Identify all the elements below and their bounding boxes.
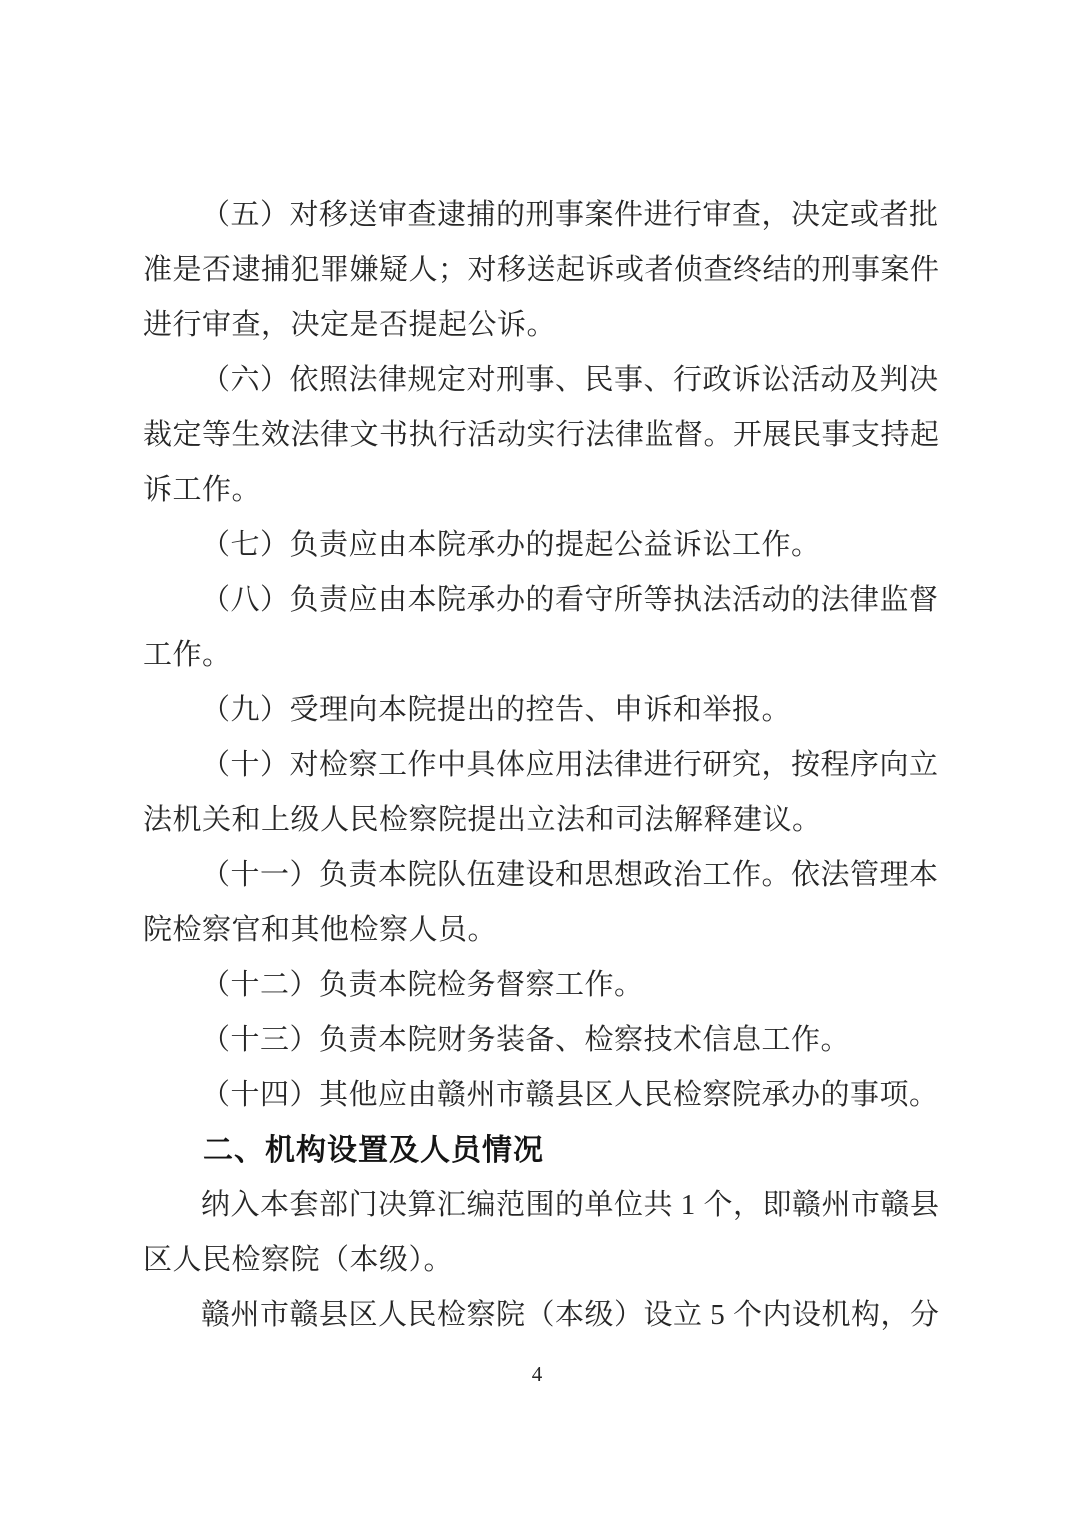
- text-line: （十三）负责本院财务装备、检察技术信息工作。: [143, 1013, 930, 1068]
- paragraph: （十三）负责本院财务装备、检察技术信息工作。: [143, 1013, 930, 1068]
- text-line: （十四）其他应由赣州市赣县区人民检察院承办的事项。: [143, 1068, 930, 1123]
- paragraph: （七）负责应由本院承办的提起公益诉讼工作。: [143, 518, 930, 573]
- text-line: （九）受理向本院提出的控告、申诉和举报。: [143, 683, 930, 738]
- paragraph: 赣州市赣县区人民检察院（本级）设立 5 个内设机构，分: [143, 1288, 930, 1343]
- text-line: 裁定等生效法律文书执行活动实行法律监督。开展民事支持起: [143, 408, 930, 463]
- text-line: 诉工作。: [143, 463, 930, 518]
- text-line: 纳入本套部门决算汇编范围的单位共 1 个，即赣州市赣县: [143, 1178, 930, 1233]
- section-heading: 二、机构设置及人员情况: [143, 1123, 930, 1178]
- paragraph: （五）对移送审查逮捕的刑事案件进行审查，决定或者批准是否逮捕犯罪嫌疑人；对移送起…: [143, 188, 930, 353]
- text-line: 进行审查，决定是否提起公诉。: [143, 298, 930, 353]
- paragraph: 纳入本套部门决算汇编范围的单位共 1 个，即赣州市赣县区人民检察院（本级）。: [143, 1178, 930, 1288]
- text-line: （八）负责应由本院承办的看守所等执法活动的法律监督: [143, 573, 930, 628]
- paragraph: （九）受理向本院提出的控告、申诉和举报。: [143, 683, 930, 738]
- text-line: （十）对检察工作中具体应用法律进行研究，按程序向立: [143, 738, 930, 793]
- text-line: （六）依照法律规定对刑事、民事、行政诉讼活动及判决: [143, 353, 930, 408]
- paragraph: （六）依照法律规定对刑事、民事、行政诉讼活动及判决裁定等生效法律文书执行活动实行…: [143, 353, 930, 518]
- text-line: 区人民检察院（本级）。: [143, 1233, 930, 1288]
- document-page: （五）对移送审查逮捕的刑事案件进行审查，决定或者批准是否逮捕犯罪嫌疑人；对移送起…: [0, 0, 1074, 1520]
- paragraph: （八）负责应由本院承办的看守所等执法活动的法律监督工作。: [143, 573, 930, 683]
- text-line: 二、机构设置及人员情况: [143, 1123, 930, 1178]
- text-line: 院检察官和其他检察人员。: [143, 903, 930, 958]
- page-number: 4: [0, 1362, 1074, 1387]
- text-line: 工作。: [143, 628, 930, 683]
- paragraph: （十）对检察工作中具体应用法律进行研究，按程序向立法机关和上级人民检察院提出立法…: [143, 738, 930, 848]
- paragraph: （十二）负责本院检务督察工作。: [143, 958, 930, 1013]
- paragraph: （十一）负责本院队伍建设和思想政治工作。依法管理本院检察官和其他检察人员。: [143, 848, 930, 958]
- text-line: 法机关和上级人民检察院提出立法和司法解释建议。: [143, 793, 930, 848]
- text-line: （五）对移送审查逮捕的刑事案件进行审查，决定或者批: [143, 188, 930, 243]
- text-line: 赣州市赣县区人民检察院（本级）设立 5 个内设机构，分: [143, 1288, 930, 1343]
- document-body: （五）对移送审查逮捕的刑事案件进行审查，决定或者批准是否逮捕犯罪嫌疑人；对移送起…: [143, 188, 930, 1343]
- text-line: （十一）负责本院队伍建设和思想政治工作。依法管理本: [143, 848, 930, 903]
- text-line: （十二）负责本院检务督察工作。: [143, 958, 930, 1013]
- text-line: （七）负责应由本院承办的提起公益诉讼工作。: [143, 518, 930, 573]
- text-line: 准是否逮捕犯罪嫌疑人；对移送起诉或者侦查终结的刑事案件: [143, 243, 930, 298]
- paragraph: （十四）其他应由赣州市赣县区人民检察院承办的事项。: [143, 1068, 930, 1123]
